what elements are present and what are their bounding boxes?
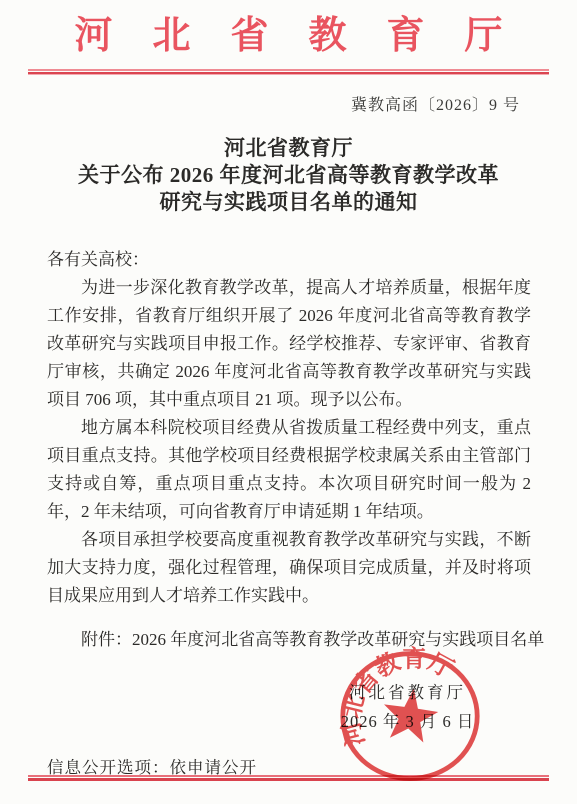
paragraph-1: 为进一步深化教育教学改革，提高人才培养质量，根据年度工作安排，省教育厅组织开展了… bbox=[47, 274, 531, 414]
letterhead-rule-thick bbox=[28, 72, 549, 75]
letterhead-org-name: 河北省教育厅 bbox=[74, 14, 542, 60]
notice-title: 河北省教育厅 关于公布 2026 年度河北省高等教育教学改革 研究与实践项目名单… bbox=[30, 135, 547, 216]
document-page: 河北省教育厅 冀教高函〔2026〕9 号 河北省教育厅 关于公布 2026 年度… bbox=[0, 0, 577, 804]
seal-arc-text-group: 河北省教育厅 bbox=[333, 646, 464, 757]
paragraph-3: 各项目承担学校要高度重视教育教学改革研究与实践，不断加大支持力度，强化过程管理，… bbox=[47, 526, 531, 610]
notice-title-line2: 关于公布 2026 年度河北省高等教育教学改革 bbox=[30, 162, 547, 189]
official-seal: 河北省教育厅 bbox=[333, 646, 487, 790]
doc-number: 冀教高函〔2026〕9 号 bbox=[351, 92, 520, 115]
salutation: 各有关高校： bbox=[47, 246, 531, 274]
letterhead: 河北省教育厅 bbox=[0, 0, 577, 60]
star-icon bbox=[380, 685, 441, 744]
notice-title-line1: 河北省教育厅 bbox=[30, 135, 547, 162]
letterhead-rule bbox=[28, 69, 549, 77]
body-text: 各有关高校： 为进一步深化教育教学改革，提高人才培养质量，根据年度工作安排，省教… bbox=[47, 246, 531, 610]
paragraph-2: 地方属本科院校项目经费从省拨质量工程经费中列支，重点项目重点支持。其他学校项目经… bbox=[47, 414, 531, 526]
svg-text:河北省教育厅: 河北省教育厅 bbox=[333, 646, 464, 757]
notice-title-line3: 研究与实践项目名单的通知 bbox=[30, 189, 547, 216]
seal-text: 河北省教育厅 bbox=[333, 646, 464, 757]
